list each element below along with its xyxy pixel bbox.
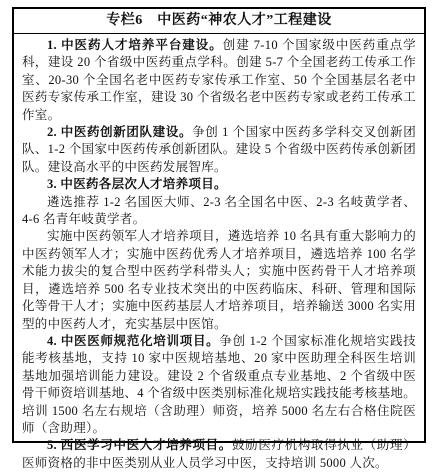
paragraph-5: 实施中医药领军人才培养项目，遴选培养 10 名具有重大影响力的中医药领军人才；实… bbox=[22, 228, 416, 332]
paragraph-7: 5. 西医学习中医人才培养项目。鼓励医疗机构取得执业（助理）医师资格的非中医类别… bbox=[22, 437, 416, 453]
column-title: 专栏6 中医药“神农人才”工程建设 bbox=[14, 9, 424, 34]
paragraph-6-text: 争创 1-2 个国家标准化规培实践技能考核基地，支持 10 家中医规培基地、20… bbox=[22, 334, 416, 435]
paragraph-6: 4. 中医医师规范化培训项目。争创 1-2 个国家标准化规培实践技能考核基地，支… bbox=[22, 333, 416, 437]
paragraph-3-lead: 3. 中医药各层次人才培养项目。 bbox=[47, 177, 227, 191]
paragraph-4: 遴选推荐 1-2 名国医大师、2-3 名全国名中医、2-3 名岐黄学者、4-6 … bbox=[22, 194, 416, 229]
paragraph-4-text: 遴选推荐 1-2 名国医大师、2-3 名全国名中医、2-3 名岐黄学者、4-6 … bbox=[22, 195, 416, 226]
paragraph-3: 3. 中医药各层次人才培养项目。 bbox=[22, 176, 416, 193]
paragraph-6-lead: 4. 中医医师规范化培训项目。 bbox=[47, 334, 219, 348]
paragraph-2: 2. 中医药创新团队建设。争创 1 个国家中医药多学科交叉创新团队、1-2 个国… bbox=[22, 124, 416, 176]
column-body: 1. 中医药人才培养平台建设。创建 7-10 个国家级中医药重点学科，建设 20… bbox=[14, 34, 424, 453]
paragraph-1-lead: 1. 中医药人才培养平台建设。 bbox=[47, 38, 223, 52]
paragraph-2-lead: 2. 中医药创新团队建设。 bbox=[47, 125, 192, 139]
column-box: 专栏6 中医药“神农人才”工程建设 1. 中医药人才培养平台建设。创建 7-10… bbox=[12, 7, 426, 443]
paragraph-1: 1. 中医药人才培养平台建设。创建 7-10 个国家级中医药重点学科，建设 20… bbox=[22, 37, 416, 124]
paragraph-7-lead: 5. 西医学习中医人才培养项目。 bbox=[47, 438, 232, 452]
paragraph-5-text: 实施中医药领军人才培养项目，遴选培养 10 名具有重大影响力的中医药领军人才；实… bbox=[22, 229, 416, 330]
